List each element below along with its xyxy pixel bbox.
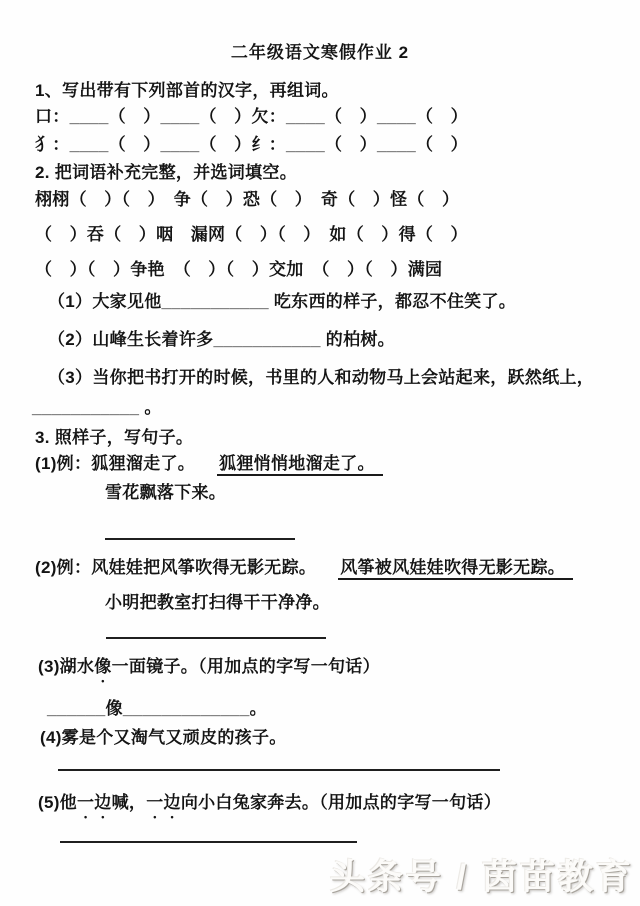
- answer-blank-line-4: [60, 841, 357, 843]
- answer-blank-line-1: [105, 538, 295, 540]
- page-title: 二年级语文寒假作业 2: [0, 42, 640, 64]
- section2-fill-item-2: （2）山峰生长着许多___________ 的柏树。: [48, 329, 395, 351]
- item-5-text-mid: 喊，: [112, 793, 147, 812]
- section2-fill-item-3: （3）当你把书打开的时候，书里的人和动物马上会站起来，跃然纸上，: [48, 367, 594, 389]
- section1-radical-row-1: 口：____（ ）____（ ）欠：____（ ）____（ ）: [35, 106, 468, 128]
- example-1-answer-underlined: 狐狸悄悄地溜走了。: [217, 454, 383, 476]
- section3-practice-1: 雪花飘落下来。: [105, 482, 226, 504]
- example-2-label: (2)例：风娃娃把风筝吹得无影无踪。: [35, 558, 316, 577]
- section2-heading: 2. 把词语补充完整，并选词填空。: [35, 162, 297, 184]
- section1-heading: 1、写出带有下列部首的汉字，再组词。: [35, 80, 339, 102]
- section3-item-4: (4)雾是个又淘气又顽皮的孩子。: [40, 727, 287, 749]
- section2-word-row-1: 栩栩（ ）（ ） 争（ ）恐（ ） 奇（ ）怪（ ）: [35, 189, 459, 211]
- section2-word-row-3: （ ）（ ）争艳 （ ）（ ）交加 （ ）（ ）满园: [35, 259, 442, 281]
- worksheet-page: 二年级语文寒假作业 2 1、写出带有下列部首的汉字，再组词。 口：____（ ）…: [0, 0, 640, 906]
- section3-heading: 3. 照样子，写句子。: [35, 427, 193, 449]
- section1-radical-row-2: 犭：____（ ）____（ ）纟：____（ ）____（ ）: [35, 134, 468, 156]
- section3-item-3: (3)湖水像一面镜子。（用加点的字写一句话）: [38, 656, 380, 686]
- item-5-dotted-word-2: 一边: [146, 793, 181, 812]
- section2-fill-item-1: （1）大家见他___________ 吃东西的样子，都忍不住笑了。: [48, 291, 516, 313]
- section3-example-1: (1)例：狐狸溜走了。狐狸悄悄地溜走了。: [35, 453, 383, 475]
- section2-word-row-2: （ ）吞（ ）咽 漏网（ ）（ ） 如（ ）得（ ）: [35, 224, 468, 246]
- section3-example-2: (2)例：风娃娃把风筝吹得无影无踪。风筝被风娃娃吹得无影无踪。: [35, 557, 573, 579]
- example-1-label: (1)例：狐狸溜走了。: [35, 454, 195, 473]
- item-3-dotted-char: 像: [94, 657, 111, 676]
- section3-practice-2: 小明把教室打扫得干干净净。: [105, 592, 330, 614]
- example-2-answer-underlined: 风筝被风娃娃吹得无影无踪。: [338, 558, 573, 580]
- watermark-text: 头条号 / 茵苗教育: [330, 850, 634, 900]
- section2-fill-item-3-continuation: ___________ 。: [32, 397, 162, 419]
- answer-blank-line-2: [106, 637, 326, 639]
- item-3-answer-pattern: ______像_____________。: [47, 698, 267, 720]
- answer-blank-line-3: [58, 769, 500, 771]
- item-5-dotted-word-1: 一边: [77, 793, 112, 812]
- section3-item-5: (5)他一边喊，一边向小白兔家奔去。（用加点的字写一句话）: [38, 792, 501, 822]
- item-5-text-post: 向小白兔家奔去。（用加点的字写一句话）: [181, 793, 501, 812]
- item-3-text-post: 一面镜子。（用加点的字写一句话）: [112, 657, 380, 676]
- item-5-text-pre: (5)他: [38, 793, 77, 812]
- item-3-text-pre: (3)湖水: [38, 657, 94, 676]
